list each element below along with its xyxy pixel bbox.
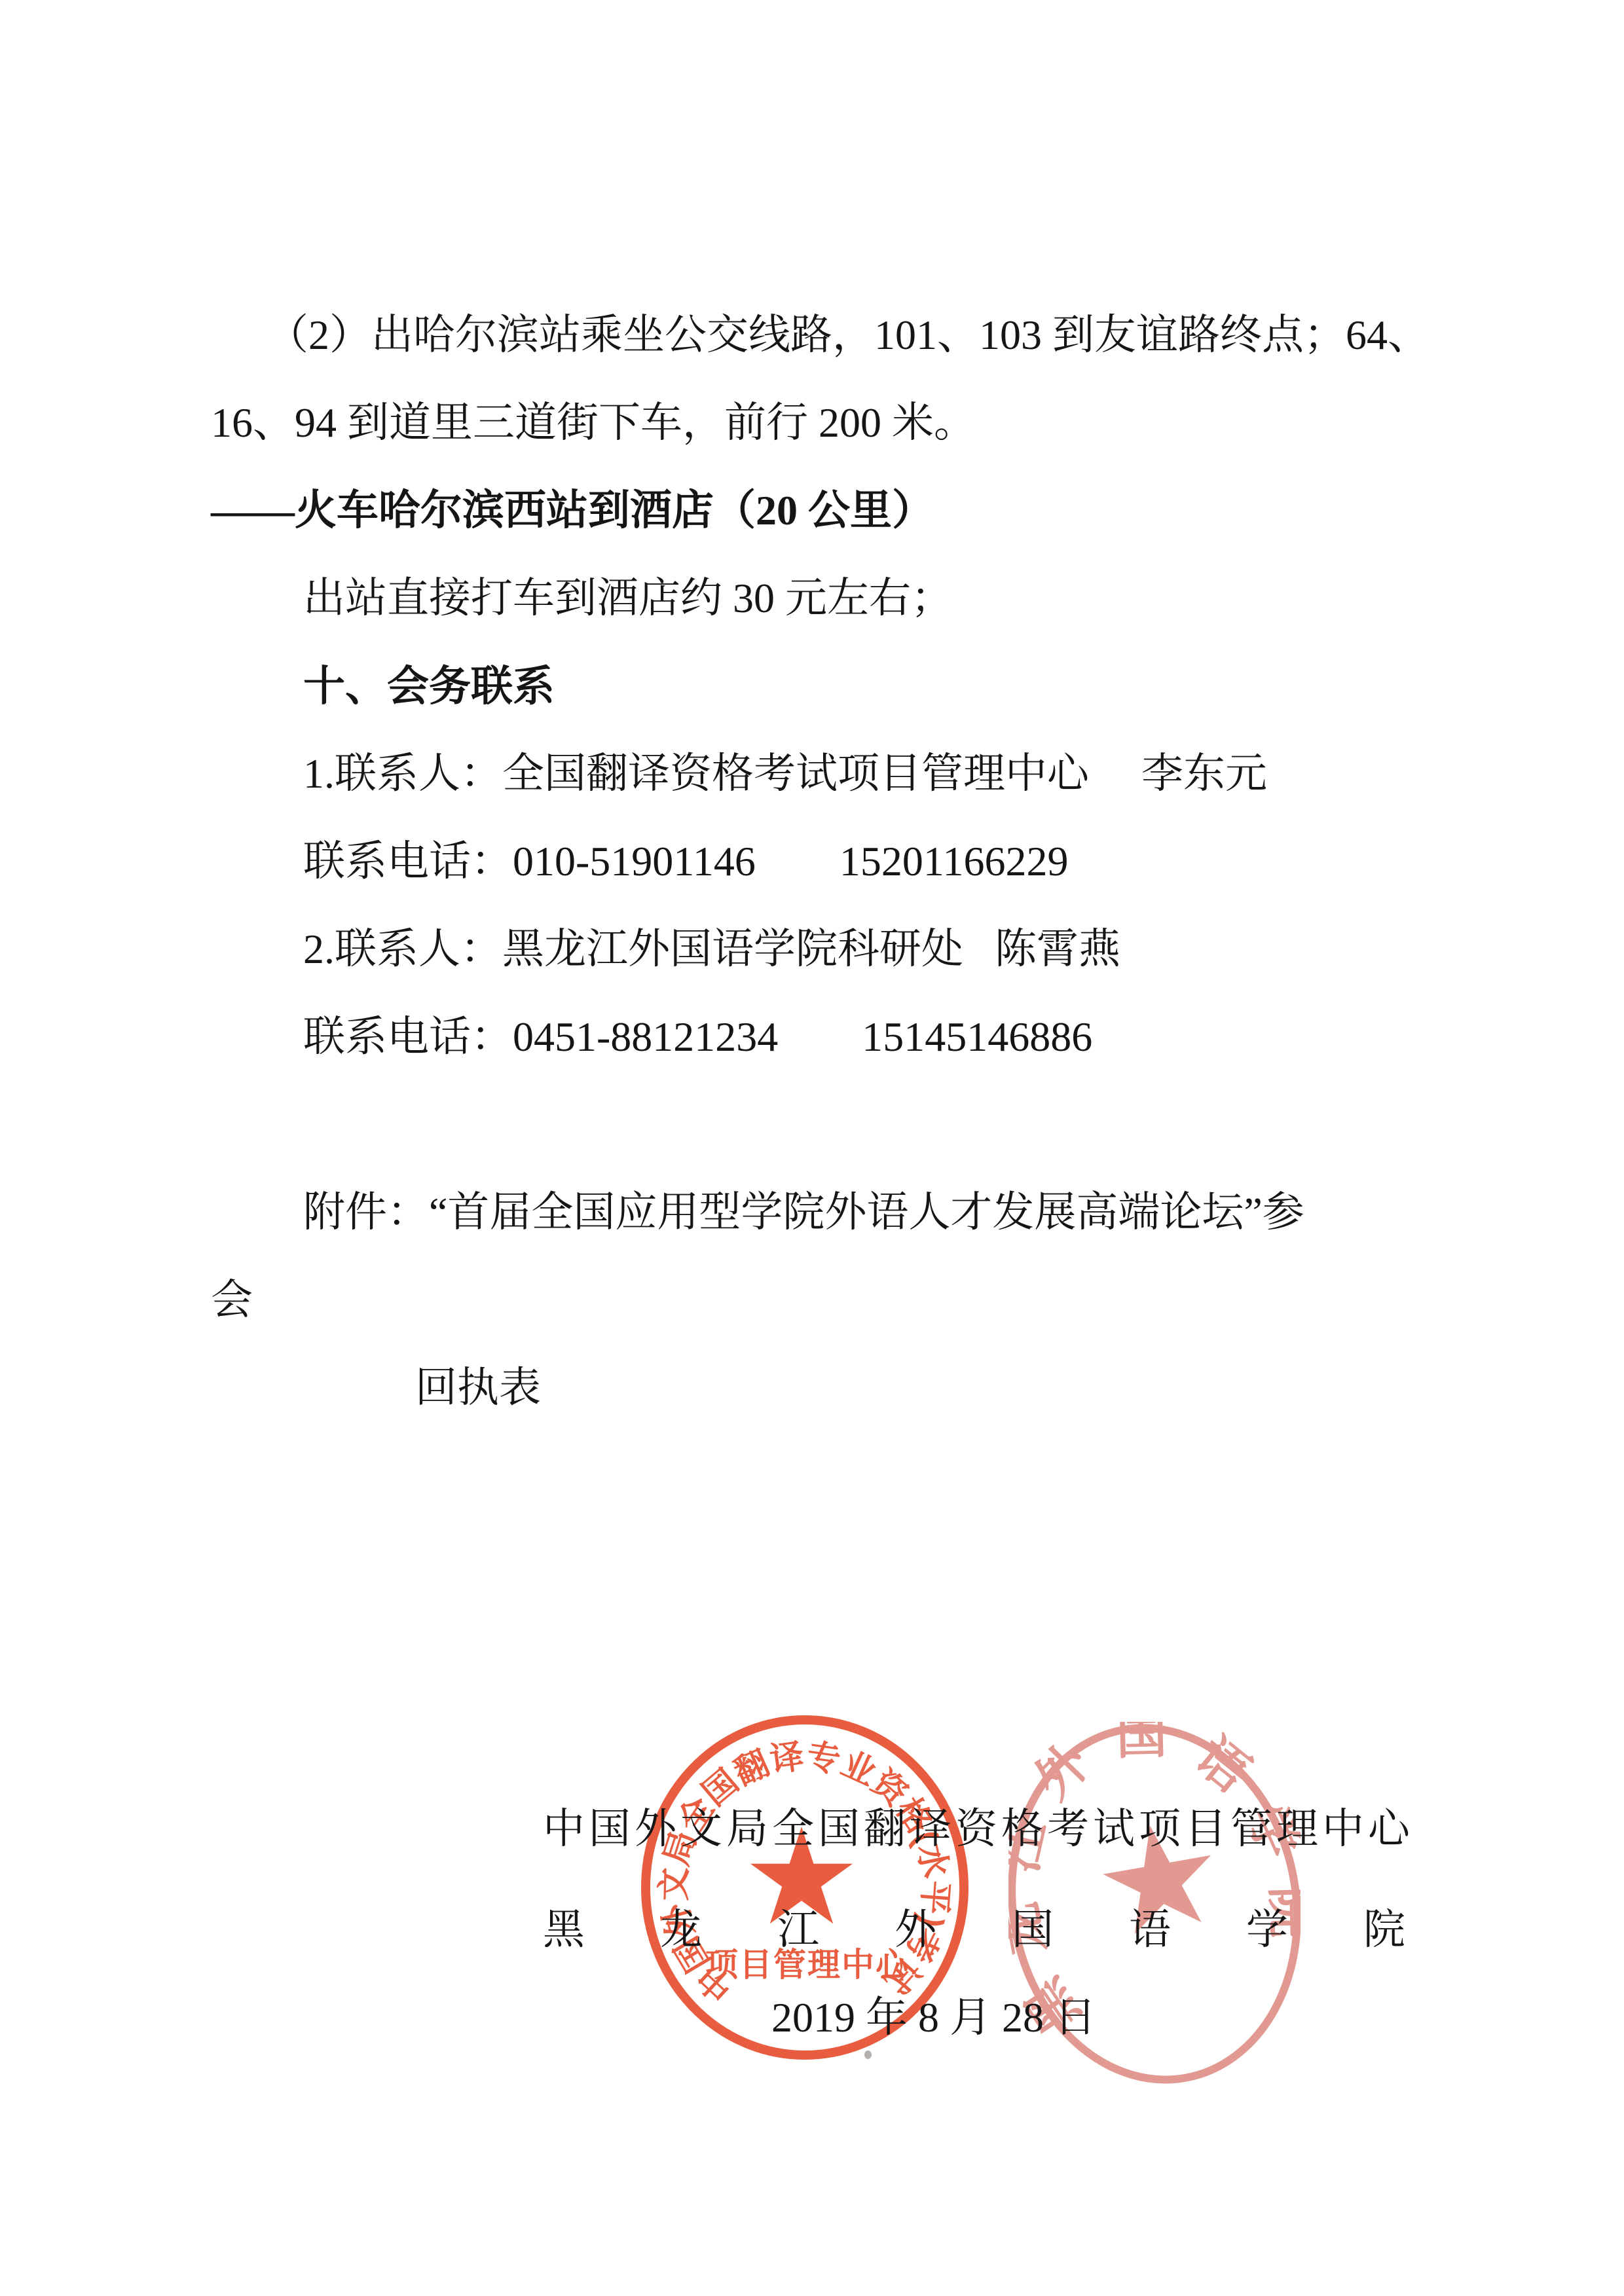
contact-phone-1: 联系电话：010-51901146 15201166229 [211, 818, 1408, 905]
attachment-note-line1: 附件：“首届全国应用型学院外语人才发展高端论坛”参 [211, 1169, 1408, 1256]
contact-phone-2: 联系电话：0451-88121234 15145146886 [211, 993, 1408, 1081]
para-west-station-heading: ——火车哈尔滨西站到酒店（20 公里） [211, 467, 1408, 555]
attachment-note-line2: 会 [211, 1256, 1408, 1344]
signature-date: 2019 年 8 月 28 日 [771, 1974, 1408, 2062]
document-body: （2）出哈尔滨站乘坐公交线路，101、103 到友谊路终点；64、 16、94 … [0, 0, 1624, 2062]
signature-gap [211, 1432, 1408, 1785]
attachment-note-line3: 回执表 [211, 1344, 1408, 1432]
signature-org-1: 中国外文局全国翻译资格考试项目管理中心 [543, 1785, 1408, 1873]
para-taxi-info: 出站直接打车到酒店约 30 元左右； [211, 555, 1408, 642]
contact-person-2: 2.联系人：黑龙江外国语学院科研处 陈霄燕 [211, 905, 1408, 993]
signature-org-2: 黑龙江外国语学院 [543, 1886, 1405, 1974]
section-heading-contact: 十、会务联系 [211, 642, 1408, 730]
blank-line [211, 1081, 1408, 1169]
document-page: 中国外文局全国翻译专业资格(水平)考试 项目管理中心 黑龙江外国语学院 （2）出… [0, 0, 1624, 2296]
para-bus-route-line1: （2）出哈尔滨站乘坐公交线路，101、103 到友谊路终点；64、 [211, 291, 1408, 379]
para-bus-route-line2: 16、94 到道里三道街下车，前行 200 米。 [211, 379, 1408, 467]
contact-person-1: 1.联系人：全国翻译资格考试项目管理中心 李东元 [211, 730, 1408, 818]
